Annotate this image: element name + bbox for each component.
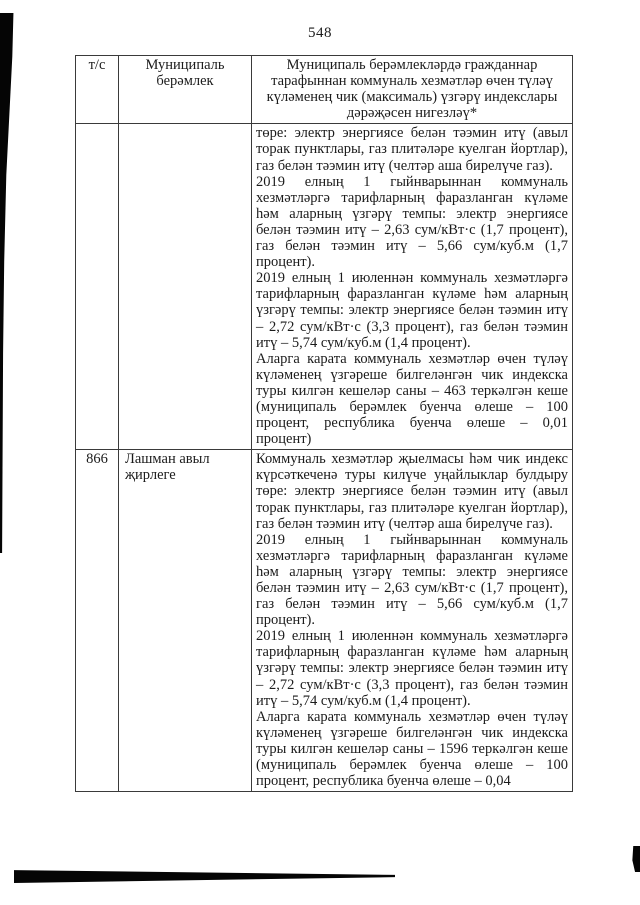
content-paragraph: Аларга карата коммуналь хезмәтләр өчен т… xyxy=(256,351,568,448)
content-paragraph: 2019 елның 1 июленнән коммуналь хезмәтлә… xyxy=(256,628,568,708)
content-paragraph: 2019 елның 1 гыйнварыннан коммуналь хезм… xyxy=(256,532,568,629)
scanned-document-page: { "colors": { "ink": "#1b1b1b", "paper":… xyxy=(0,0,640,905)
content-paragraph: Коммуналь хезмәтләр җыелмасы һәм чик инд… xyxy=(256,451,568,531)
header-cell-municipality: Муниципаль берәмлек xyxy=(119,56,252,124)
header-cell-num: т/с xyxy=(76,56,119,124)
page-number: 548 xyxy=(0,25,640,42)
content-paragraph: 2019 елның 1 июленнән коммуналь хезмәтлә… xyxy=(256,270,568,350)
content-paragraph: төре: электр энергиясе белән тәэмин итү … xyxy=(256,125,568,173)
content-paragraph: 2019 елның 1 гыйнварыннан коммуналь хезм… xyxy=(256,174,568,271)
scan-artifact-bottom-bar xyxy=(14,869,395,883)
document-table: т/с Муниципаль берәмлек Муниципаль берәм… xyxy=(75,55,573,792)
table-header-row: т/с Муниципаль берәмлек Муниципаль берәм… xyxy=(76,56,573,124)
table-row: 866 Лашман авыл җирлеге Коммуналь хезмәт… xyxy=(76,450,573,792)
municipality-cell: Лашман авыл җирлеге xyxy=(119,450,252,792)
content-cell: Коммуналь хезмәтләр җыелмасы һәм чик инд… xyxy=(252,450,573,792)
content-paragraph: Аларга карата коммуналь хезмәтләр өчен т… xyxy=(256,709,568,789)
scan-artifact-right-blob xyxy=(631,846,640,872)
header-cell-content: Муниципаль берәмлекләрдә гражданнар тара… xyxy=(252,56,573,124)
row-number-cell: 866 xyxy=(76,450,119,792)
table-row: төре: электр энергиясе белән тәэмин итү … xyxy=(76,124,573,450)
scan-artifact-left-streak xyxy=(0,13,14,553)
row-number-cell xyxy=(76,124,119,450)
municipality-cell xyxy=(119,124,252,450)
content-cell: төре: электр энергиясе белән тәэмин итү … xyxy=(252,124,573,450)
